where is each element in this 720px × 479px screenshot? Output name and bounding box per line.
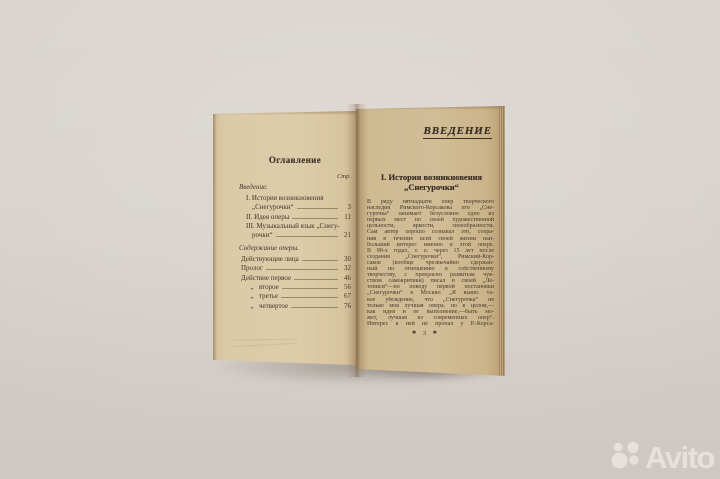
toc-entry-label: четвертое [259,302,288,310]
avito-logo-icon [609,440,643,470]
photo-scene: Оглавление Стр. Введение. [0,0,720,479]
body-line: кое убеждение, что „Снегурочка“ не [367,297,494,303]
book-page-right: ВВЕДЕНИЕ I. История возникновения „Снегу… [356,106,505,376]
toc-heading: Оглавление [239,155,351,165]
toc-entry-label: Действие первое [241,274,291,282]
toc-row: „ четвертое 76 [239,302,351,311]
toc-leader-line [294,279,338,280]
toc-entry-label: второе [259,283,279,291]
toc-ditto-mark: „ [245,283,259,291]
toc-leader-line [292,218,338,219]
toc-leader-line [281,297,338,298]
chapter-title-line2: „Снегурочки“ [366,182,497,192]
running-header: ВВЕДЕНИЕ [423,125,492,139]
toc-page-column-label: Стр. [239,173,351,180]
toc-row: III. Музыкальный язык „Снегу- [239,222,351,231]
toc-entry-label: „Снегурочки“ [252,203,294,211]
toc-ditto-mark: „ [245,292,259,300]
avito-watermark: Avito [609,440,714,471]
toc-leader-line [302,260,338,261]
footer-ornament-left: ✱ [412,331,416,336]
page-number: 3 [423,330,426,337]
body-line: только моя лучшая опера, но в целом,— [367,303,494,309]
toc-leader-line [282,288,338,289]
chapter-title: I. История возникновения „Снегурочки“ [366,172,497,192]
toc-row: Действие первое 46 [239,274,351,283]
toc-entry-label: Пролог [241,264,263,272]
toc-entry-label: II. Идея оперы [246,213,289,221]
toc-row: „ третье 67 [239,292,351,301]
toc-entry-label: Действующие лица [241,255,299,263]
book-page-left: Оглавление Стр. Введение. [213,111,356,365]
body-line: нив в течение всей своей жизни наи- [367,236,494,242]
chapter-title-line1: I. История возникновения [366,172,497,182]
toc-row: Введение. [239,183,351,192]
toc-entry-label: Введение. [239,183,268,191]
pencil-mark [233,335,297,349]
toc-row: Действующие лица 30 [239,255,351,264]
toc-entry-label: Содержание оперы. [239,244,299,252]
toc-row: Пролог 32 [239,264,351,273]
toc-entry-label: I. История возникновения [246,194,323,202]
body-line: Сам автор хорошо сознавал это, сохра- [367,229,494,235]
table-of-contents: Оглавление Стр. Введение. [239,155,351,311]
toc-row: I. История возникновения [239,194,351,203]
toc-row: Содержание оперы. [239,244,351,253]
book-gutter [347,104,367,377]
toc-entry-label: третье [259,292,278,300]
toc-entry-label: III. Музыкальный язык „Снегу- [246,222,340,230]
toc-leader-line [276,236,338,237]
body-line: В 90-х годах, т. е. через 15 лет после [367,248,494,254]
body-line: жет, лучшая из современных опер“. [367,315,494,321]
toc-row: „ второе 56 [239,283,351,292]
body-line: как идея и ее выполнение,—быть мо- [367,309,494,315]
toc-ditto-mark: „ [245,302,259,310]
avito-brand-text: Avito [645,445,714,471]
toc-row: II. Идея оперы 11 [239,213,351,222]
toc-row: рочки“ 21 [239,231,351,240]
toc-leader-line [297,208,338,209]
chapter-body: В ряду пятнадцати опер творческого насле… [367,199,494,327]
toc-rows: Введение. I. История возникновения [239,183,351,311]
body-line: „Снегурочки“ в Москве: „Я вынес та- [367,290,494,296]
page-number-footer: ✱ 3 ✱ [356,330,493,337]
toc-entry-label: рочки“ [252,231,273,239]
body-line: Интерес к ней не пропал у Р.-Корса- [367,321,494,327]
toc-leader-line [266,269,338,270]
body-line: больший интерес именно к этой опере. [367,242,494,248]
toc-row: „Снегурочки“ 3 [239,203,351,212]
open-book: Оглавление Стр. Введение. [213,104,505,377]
toc-leader-line [291,307,338,308]
footer-ornament-right: ✱ [433,331,437,336]
